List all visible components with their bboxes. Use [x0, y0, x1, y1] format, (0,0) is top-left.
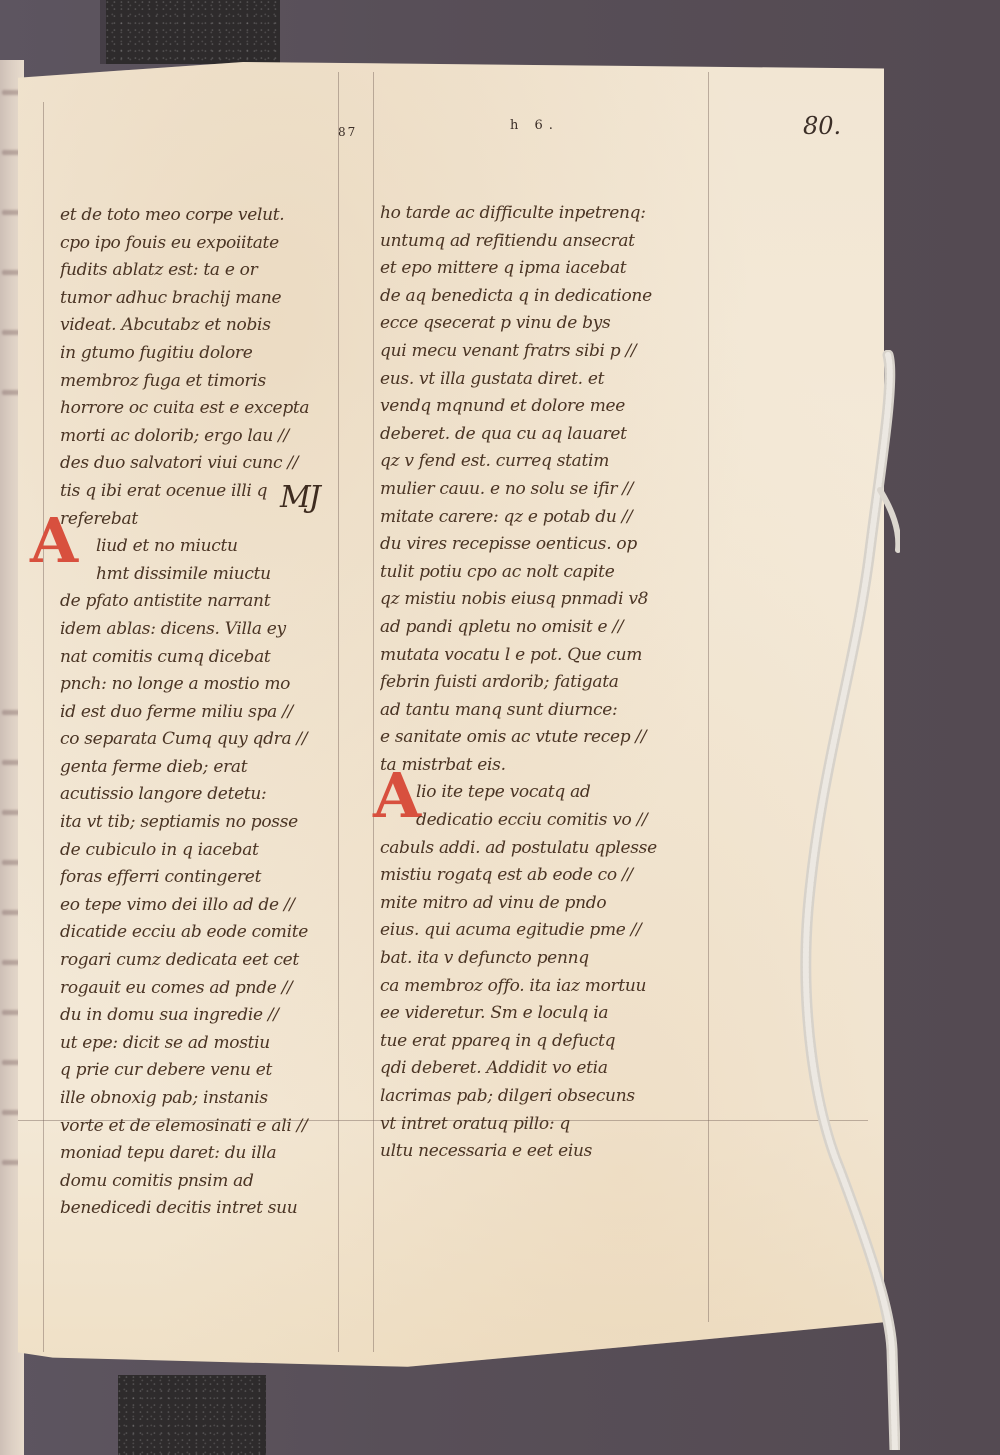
text-line: mitate carere: qz e potab du // — [380, 504, 710, 532]
text-line: ita vt tib; septiamis no posse — [60, 809, 350, 837]
text-line: mulier cauu. e no solu se ifir // — [380, 476, 710, 504]
text-line: dedicatio ecciu comitis vo // — [380, 807, 710, 835]
text-line: qdi deberet. Addidit vo etia — [380, 1055, 710, 1083]
text-line: ta mistrbat eis. — [380, 752, 710, 780]
text-line: moniad tepu daret: du illa — [60, 1140, 350, 1168]
text-line: ad tantu manq sunt diurnce: — [380, 697, 710, 725]
text-line: du in domu sua ingredie // — [60, 1002, 350, 1030]
text-line: cpo ipo fouis eu expoiitate — [60, 230, 350, 258]
text-line: et de toto meo corpe velut. — [60, 202, 350, 230]
text-line: foras efferri contingeret — [60, 864, 350, 892]
text-line: eius. qui acuma egitudie pme // — [380, 917, 710, 945]
text-line: du vires recepisse oenticus. op — [380, 531, 710, 559]
text-line: bat. ita v defuncto pennq — [380, 945, 710, 973]
text-line: mite mitro ad vinu de pndo — [380, 890, 710, 918]
text-line: eo tepe vimo dei illo ad de // — [60, 892, 350, 920]
text-line: mistiu rogatq est ab eode co // — [380, 862, 710, 890]
text-line: tumor adhuc brachij mane — [60, 285, 350, 313]
text-line: ut epe: dicit se ad mostiu — [60, 1030, 350, 1058]
ruling-line — [373, 72, 374, 1352]
text-line: rogari cumz dedicata eet cet — [60, 947, 350, 975]
text-line: vendq mqnund et dolore mee — [380, 393, 710, 421]
text-line: lacrimas pab; dilgeri obsecuns — [380, 1083, 710, 1111]
text-line: acutissio langore detetu: — [60, 781, 350, 809]
photo-stage: 87 h 6. 80. MJ A A et de toto meo corpe … — [0, 0, 1000, 1455]
text-line: id est duo ferme miliu spa // — [60, 699, 350, 727]
text-line: horrore oc cuita est e excepta — [60, 395, 350, 423]
text-line: dicatide ecciu ab eode comite — [60, 919, 350, 947]
text-line: ultu necessaria e eet eius — [380, 1138, 710, 1166]
quire-signature: h 6. — [510, 118, 559, 133]
text-line: liud et no miuctu — [60, 533, 350, 561]
text-line: deberet. de qua cu aq lauaret — [380, 421, 710, 449]
text-line: mutata vocatu l e pot. Que cum — [380, 642, 710, 670]
text-line: untumq ad refitiendu ansecrat — [380, 228, 710, 256]
text-line: vorte et de elemosinati e ali // — [60, 1113, 350, 1141]
text-line: benedicedi decitis intret suu — [60, 1195, 350, 1223]
text-line: pnch: no longe a mostio mo — [60, 671, 350, 699]
text-line: de pfato antistite narrant — [60, 588, 350, 616]
text-line: ad pandi qpletu no omisit e // — [380, 614, 710, 642]
text-column-right: ho tarde ac difficulte inpetrenq: untumq… — [380, 200, 710, 1166]
text-line: ho tarde ac difficulte inpetrenq: — [380, 200, 710, 228]
folio-number-old: 87 — [338, 125, 357, 139]
text-line: membroz fuga et timoris — [60, 368, 350, 396]
text-line: vt intret oratuq pillo: q — [380, 1111, 710, 1139]
text-line: qz v fend est. curreq statim — [380, 448, 710, 476]
text-column-left: et de toto meo corpe velut. cpo ipo foui… — [60, 202, 350, 1223]
text-line: in gtumo fugitiu dolore — [60, 340, 350, 368]
text-line: rogauit eu comes ad pnde // — [60, 975, 350, 1003]
weight-string — [800, 350, 900, 1450]
text-line: fudits ablatz est: ta e or — [60, 257, 350, 285]
text-line: domu comitis pnsim ad — [60, 1168, 350, 1196]
text-line: genta ferme dieb; erat — [60, 754, 350, 782]
folio-number: 80. — [803, 112, 841, 140]
text-line: co separata Cumq quy qdra // — [60, 726, 350, 754]
text-line: e sanitate omis ac vtute recep // — [380, 724, 710, 752]
text-line: qui mecu venant fratrs sibi p // — [380, 338, 710, 366]
foam-support-top — [106, 0, 280, 64]
text-line: nat comitis cumq dicebat — [60, 644, 350, 672]
text-line: hmt dissimile miuctu — [60, 561, 350, 589]
text-line: q prie cur debere venu et — [60, 1057, 350, 1085]
text-line: des duo salvatori viui cunc // — [60, 450, 350, 478]
text-line: lio ite tepe vocatq ad — [380, 779, 710, 807]
text-line: tis q ibi erat ocenue illi q — [60, 478, 350, 506]
text-line: morti ac dolorib; ergo lau // — [60, 423, 350, 451]
foam-support-bottom — [118, 1375, 266, 1455]
text-line: qz mistiu nobis eiusq pnmadi v8 — [380, 586, 710, 614]
text-line: cabuls addi. ad postulatu qplesse — [380, 835, 710, 863]
text-line: de aq benedicta q in dedicatione — [380, 283, 710, 311]
text-line: et epo mittere q ipma iacebat — [380, 255, 710, 283]
text-line: referebat — [60, 506, 350, 534]
text-line: idem ablas: dicens. Villa ey — [60, 616, 350, 644]
text-line: ecce qsecerat p vinu de bys — [380, 310, 710, 338]
text-line: ille obnoxig pab; instanis — [60, 1085, 350, 1113]
text-line: videat. Abcutabz et nobis — [60, 312, 350, 340]
text-line: eus. vt illa gustata diret. et — [380, 366, 710, 394]
text-line: ee videretur. Sm e loculq ia — [380, 1000, 710, 1028]
text-line: de cubiculo in q iacebat — [60, 837, 350, 865]
text-line: febrin fuisti ardorib; fatigata — [380, 669, 710, 697]
text-line: tue erat ppareq in q defuctq — [380, 1028, 710, 1056]
text-line: ca membroz offo. ita iaz mortuu — [380, 973, 710, 1001]
ruling-line — [43, 102, 44, 1352]
text-line: tulit potiu cpo ac nolt capite — [380, 559, 710, 587]
